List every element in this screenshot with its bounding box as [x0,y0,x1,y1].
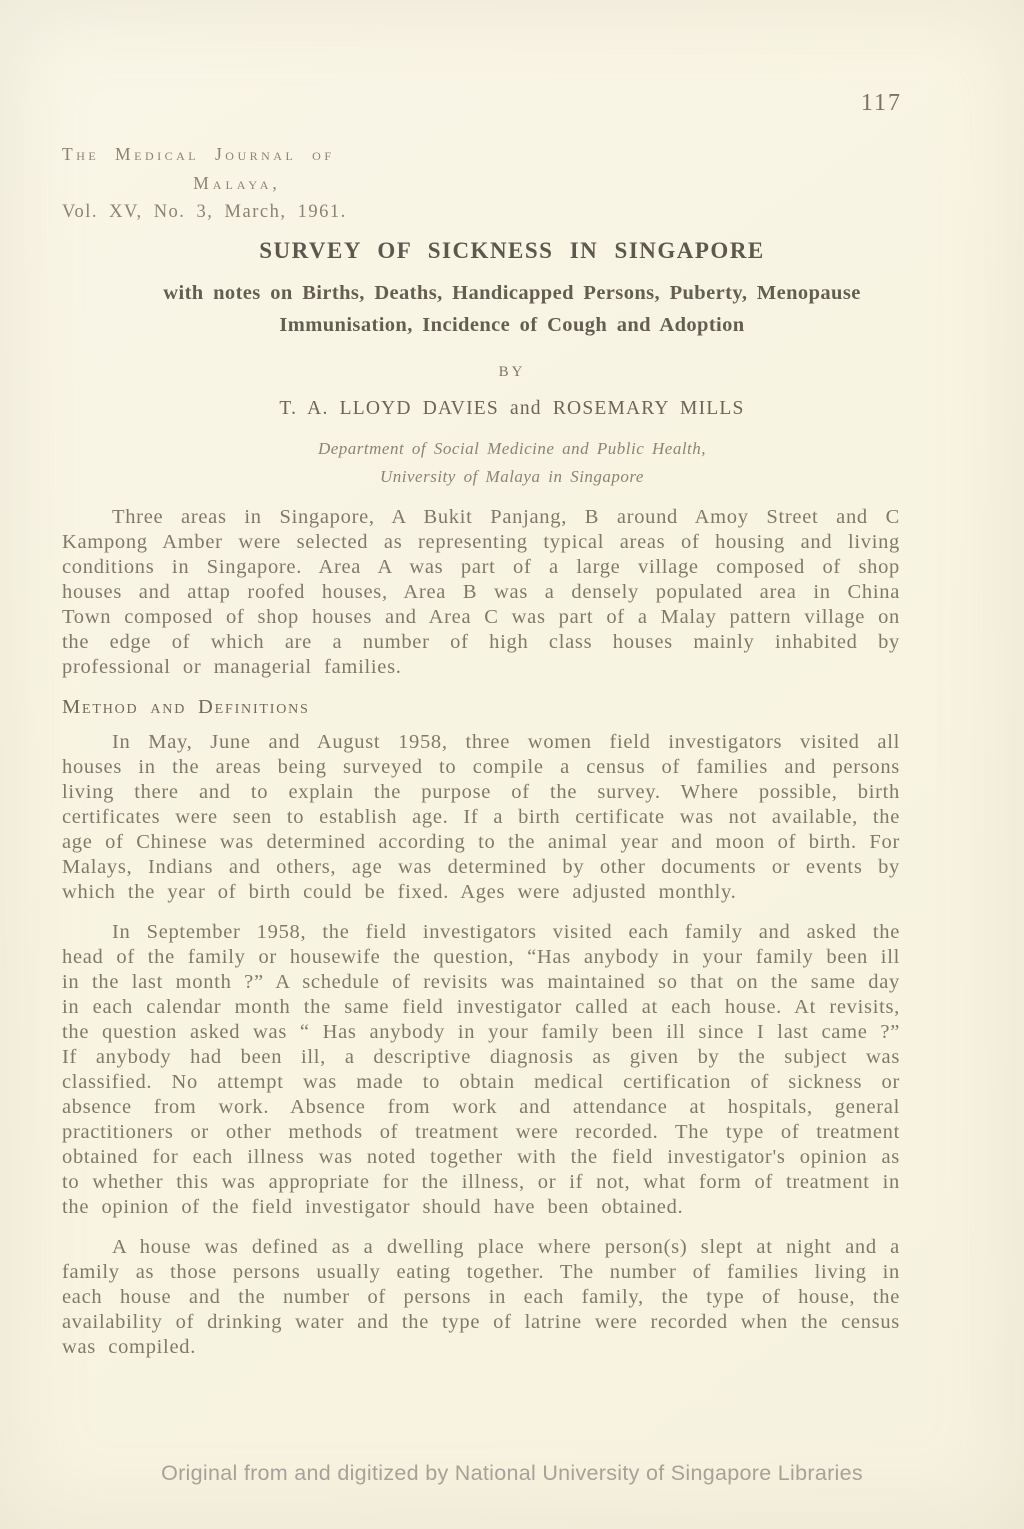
intro-paragraph: Three areas in Singapore, A Bukit Panjan… [62,505,900,680]
journal-name-line1: The Medical Journal of [62,140,412,169]
journal-name-line2: Malaya, [62,169,412,198]
affiliation-line1: Department of Social Medicine and Public… [0,435,1024,463]
affiliation-line2: University of Malaya in Singapore [0,463,1024,491]
method-paragraph-3: A house was defined as a dwelling place … [62,1235,900,1360]
article-subtitle-line2: Immunisation, Incidence of Cough and Ado… [0,309,1024,341]
digitization-credit-footer: Original from and digitized by National … [0,1461,1024,1486]
byline-label: BY [0,364,1024,381]
article-body: Three areas in Singapore, A Bukit Panjan… [62,505,900,1375]
method-paragraph-2: In September 1958, the field investigato… [62,920,900,1220]
article-authors: T. A. LLOYD DAVIES and ROSEMARY MILLS [0,398,1024,420]
journal-masthead: The Medical Journal of Malaya, Vol. XV, … [62,140,412,226]
article-title-block: SURVEY OF SICKNESS IN SINGAPORE with not… [0,238,1024,491]
page-number: 117 [861,90,902,117]
article-subtitle-line1: with notes on Births, Deaths, Handicappe… [0,277,1024,309]
section-heading-method-and-definitions: Method and Definitions [62,695,900,720]
scanned-journal-page: 117 The Medical Journal of Malaya, Vol. … [0,0,1024,1529]
journal-issue-line: Vol. XV, No. 3, March, 1961. [62,198,412,226]
method-paragraph-1: In May, June and August 1958, three wome… [62,730,900,905]
article-title: SURVEY OF SICKNESS IN SINGAPORE [0,238,1024,264]
